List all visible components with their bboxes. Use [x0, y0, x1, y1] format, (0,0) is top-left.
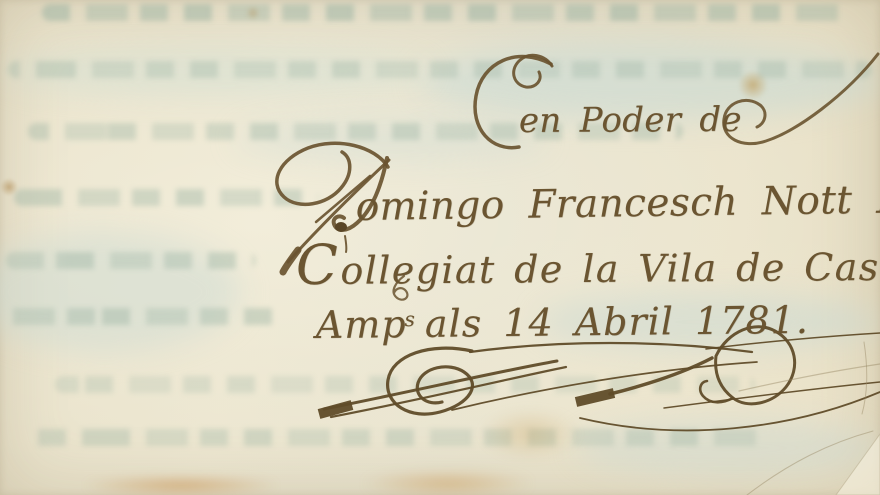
line2-text: omingo Francesch Nott Publ [355, 176, 880, 230]
manuscript-line-4: Ampsals 14 Abril 1781. [316, 301, 809, 344]
manuscript-line-3: Collegiat de la Vila de Castellò de [296, 247, 880, 290]
manuscript-page: D [0, 0, 880, 495]
line4-date: als 14 Abril 1781. [425, 298, 809, 346]
paraph-left [319, 343, 757, 417]
manuscript-line-1: en Poder de [519, 103, 742, 138]
line4-superscript: s [404, 307, 416, 331]
line1-text: en Poder de [519, 100, 742, 141]
corner-fold [836, 434, 880, 495]
line3-text: ollegiat de la Vila de Castellò de [340, 244, 880, 293]
line3-initial: C [296, 233, 340, 297]
line4-word: Amp [316, 302, 407, 347]
manuscript-line-2: omingo Francesch Nott Publ [355, 179, 880, 227]
line1-tail-flourish [724, 54, 878, 144]
